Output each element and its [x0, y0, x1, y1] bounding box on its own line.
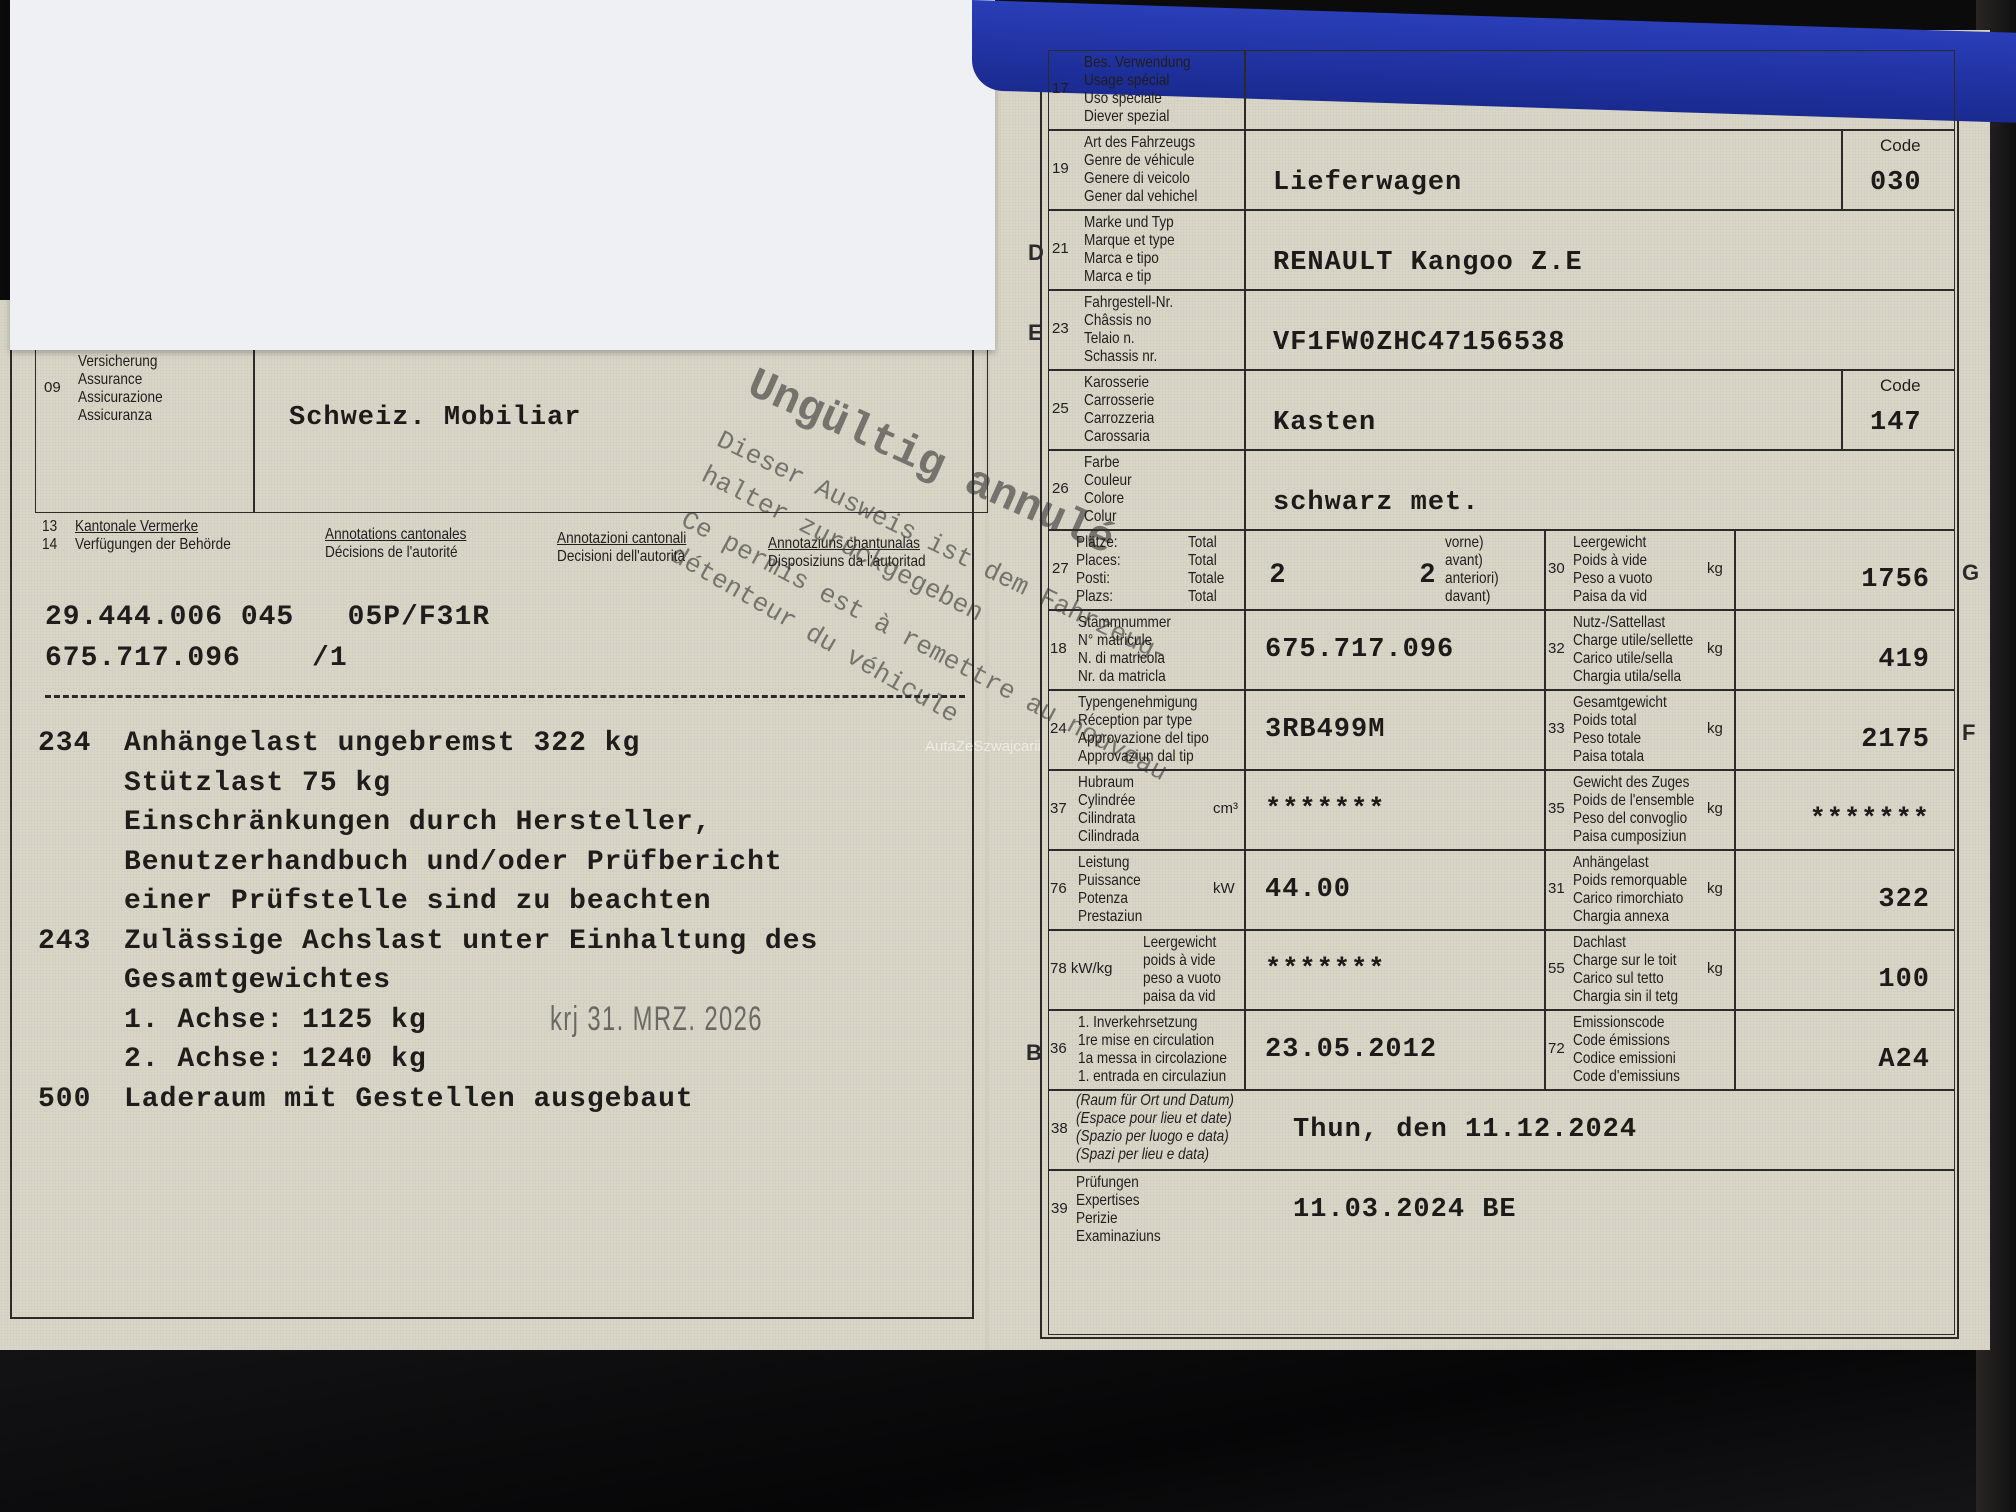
side-letter-G: G: [1962, 560, 1979, 586]
field-labels: TypengenehmigungRéception par typeApprov…: [1078, 694, 1209, 766]
side-letter-E: E: [1028, 320, 1043, 346]
field-number: 27: [1052, 560, 1069, 577]
field-number: 38: [1051, 1120, 1068, 1137]
place-date-value: Thun, den 11.12.2024: [1293, 1115, 1637, 1145]
value-cell: [1245, 50, 1955, 130]
unit-label: cm³: [1213, 800, 1238, 817]
field-number: 55: [1548, 960, 1565, 977]
field-labels: Bes. VerwendungUsage spécialUso speciale…: [1084, 54, 1191, 126]
separator-dashes: [45, 695, 965, 698]
field-number: 26: [1052, 480, 1069, 497]
field-number: 30: [1548, 560, 1565, 577]
seats-total-labels: TotalTotalTotaleTotal: [1188, 534, 1224, 606]
label-cell: [1048, 450, 1245, 530]
table-surface: [0, 1330, 2016, 1512]
unit-label: kg: [1707, 960, 1723, 977]
field-labels: Marke und TypMarque et typeMarca e tipoM…: [1084, 214, 1175, 286]
field-number: 39: [1051, 1200, 1068, 1217]
field-number: 17: [1052, 80, 1069, 97]
field-labels: StammnummerN° matriculeN. di matricolaNr…: [1078, 614, 1171, 686]
seats-front: 2: [1420, 558, 1436, 589]
inspections-value: 11.03.2024 BE: [1293, 1195, 1517, 1225]
field-number: 19: [1052, 160, 1069, 177]
field-labels: Art des FahrzeugsGenre de véhiculeGenere…: [1084, 134, 1197, 206]
watermark: AutaZeSzwajcarii: [925, 738, 1041, 755]
code-value: 030: [1870, 168, 1922, 198]
field-value: 1756: [1861, 565, 1930, 595]
side-letter-D: D: [1028, 240, 1044, 266]
remark-code: 234: [38, 728, 91, 759]
field-number: 18: [1050, 640, 1067, 657]
field-value: 322: [1878, 885, 1930, 915]
unit-label: kg: [1707, 560, 1723, 577]
remark-text: Laderaum mit Gestellen ausgebaut: [124, 1084, 694, 1115]
field-labels: AnhängelastPoids remorquableCarico rimor…: [1573, 854, 1687, 926]
seats-labels: Plätze:Places:Posti:Plazs:: [1076, 534, 1121, 606]
field-number: 25: [1052, 400, 1069, 417]
field-value: Kasten: [1273, 408, 1376, 438]
remark-text: Zulässige Achslast unter Einhaltung des: [124, 926, 818, 957]
field-number: 21: [1052, 240, 1069, 257]
field-value: 23.05.2012: [1265, 1035, 1437, 1065]
unit-label: kg: [1707, 640, 1723, 657]
remark-text: Benutzerhandbuch und/oder Prüfbericht: [124, 847, 783, 878]
field-labels: DachlastCharge sur le toitCarico sul tet…: [1573, 934, 1678, 1006]
field-value: *******: [1265, 795, 1385, 825]
field-number: 31: [1548, 880, 1565, 897]
remark-code: 243: [38, 926, 91, 957]
field-value: A24: [1878, 1045, 1930, 1075]
field-number: 09: [44, 379, 61, 396]
field-value: 100: [1878, 965, 1930, 995]
field-number: 23: [1052, 320, 1069, 337]
unit-label: kg: [1707, 880, 1723, 897]
field-value: *******: [1265, 955, 1385, 985]
seats-total: 2: [1270, 558, 1286, 589]
code-label: Code: [1880, 136, 1921, 156]
field-labels: FarbeCouleurColoreColur: [1084, 454, 1132, 526]
field-number: 32: [1548, 640, 1565, 657]
code-label: Code: [1880, 376, 1921, 396]
unit-label: kW: [1213, 880, 1235, 897]
remark-text: 1. Achse: 1125 kg: [124, 1005, 427, 1036]
field-labels: 1. Inverkehrsetzung1re mise en circulati…: [1078, 1014, 1227, 1086]
seats-value-cell: [1245, 530, 1545, 610]
field-value: VF1FW0ZHC47156538: [1273, 328, 1565, 358]
unit-label: kg: [1707, 720, 1723, 737]
inspections-labels: PrüfungenExpertisesPerizieExaminaziuns: [1076, 1174, 1161, 1246]
remark-text: Gesamtgewichtes: [124, 965, 391, 996]
reference-line-2: 675.717.096 /1: [45, 643, 348, 674]
field-labels: Leergewichtpoids à videpeso a vuotopaisa…: [1143, 934, 1221, 1006]
field-value: 3RB499M: [1265, 715, 1385, 745]
seats-front-labels: vorne)avant)anteriori)davant): [1445, 534, 1499, 606]
field-number: 33: [1548, 720, 1565, 737]
field-number: 36: [1050, 1040, 1067, 1057]
insurance-labels: VersicherungAssuranceAssicurazioneAssicu…: [78, 353, 163, 425]
annotations-numbers: 1314: [42, 518, 57, 554]
field-labels: LeistungPuissancePotenzaPrestaziun: [1078, 854, 1142, 926]
field-labels: KarosserieCarrosserieCarrozzeriaCarossar…: [1084, 374, 1154, 446]
remark-text: 2. Achse: 1240 kg: [124, 1044, 427, 1075]
side-letter-B: B: [1026, 1040, 1042, 1066]
field-labels: Nutz-/SattellastCharge utile/selletteCar…: [1573, 614, 1693, 686]
field-value: 44.00: [1265, 875, 1351, 905]
remark-code: 500: [38, 1084, 91, 1115]
white-paper-card: [10, 0, 995, 350]
place-date-labels: (Raum für Ort und Datum)(Espace pour lie…: [1076, 1092, 1234, 1164]
date-stamp: krj 31. MRZ. 2026: [550, 1000, 763, 1039]
field-value: 419: [1878, 645, 1930, 675]
remark-text: Anhängelast ungebremst 322 kg: [124, 728, 640, 759]
field-labels: Fahrgestell-Nr.Châssis noTelaio n.Schass…: [1084, 294, 1173, 366]
field-value: Lieferwagen: [1273, 168, 1462, 198]
remark-text: Einschränkungen durch Hersteller,: [124, 807, 712, 838]
insurance-label-cell: 09 VersicherungAssuranceAssicurazioneAss…: [35, 348, 255, 513]
field-labels: LeergewichtPoids à videPeso a vuotoPaisa…: [1573, 534, 1652, 606]
remark-text: einer Prüfstelle sind zu beachten: [124, 886, 712, 917]
field-value: 2175: [1861, 725, 1930, 755]
field-value: *******: [1810, 805, 1930, 835]
unit-label: kg: [1707, 800, 1723, 817]
field-labels: EmissionscodeCode émissionsCodice emissi…: [1573, 1014, 1680, 1086]
field-value: schwarz met.: [1273, 488, 1479, 518]
field-number: 76: [1050, 880, 1067, 897]
field-value: 675.717.096: [1265, 635, 1454, 665]
field-number: 72: [1548, 1040, 1565, 1057]
field-value: RENAULT Kangoo Z.E: [1273, 248, 1583, 278]
field-labels: Gewicht des ZugesPoids de l'ensemblePeso…: [1573, 774, 1694, 846]
insurance-value: Schweiz. Mobiliar: [289, 403, 581, 433]
field-number: 78 kW/kg: [1050, 960, 1113, 977]
annotations-de: Kantonale VermerkeVerfügungen der Behörd…: [75, 518, 231, 554]
field-labels: HubraumCylindréeCilindrataCilindrada: [1078, 774, 1139, 846]
annotations-fr: Annotations cantonalesDécisions de l'aut…: [325, 526, 466, 562]
field-number: 37: [1050, 800, 1067, 817]
side-letter-F: F: [1962, 720, 1975, 746]
code-value: 147: [1870, 408, 1922, 438]
remark-text: Stützlast 75 kg: [124, 768, 391, 799]
reference-line-1: 29.444.006 045 05P/F31R: [45, 602, 490, 633]
field-labels: GesamtgewichtPoids totalPeso totalePaisa…: [1573, 694, 1667, 766]
field-number: 24: [1050, 720, 1067, 737]
field-number: 35: [1548, 800, 1565, 817]
